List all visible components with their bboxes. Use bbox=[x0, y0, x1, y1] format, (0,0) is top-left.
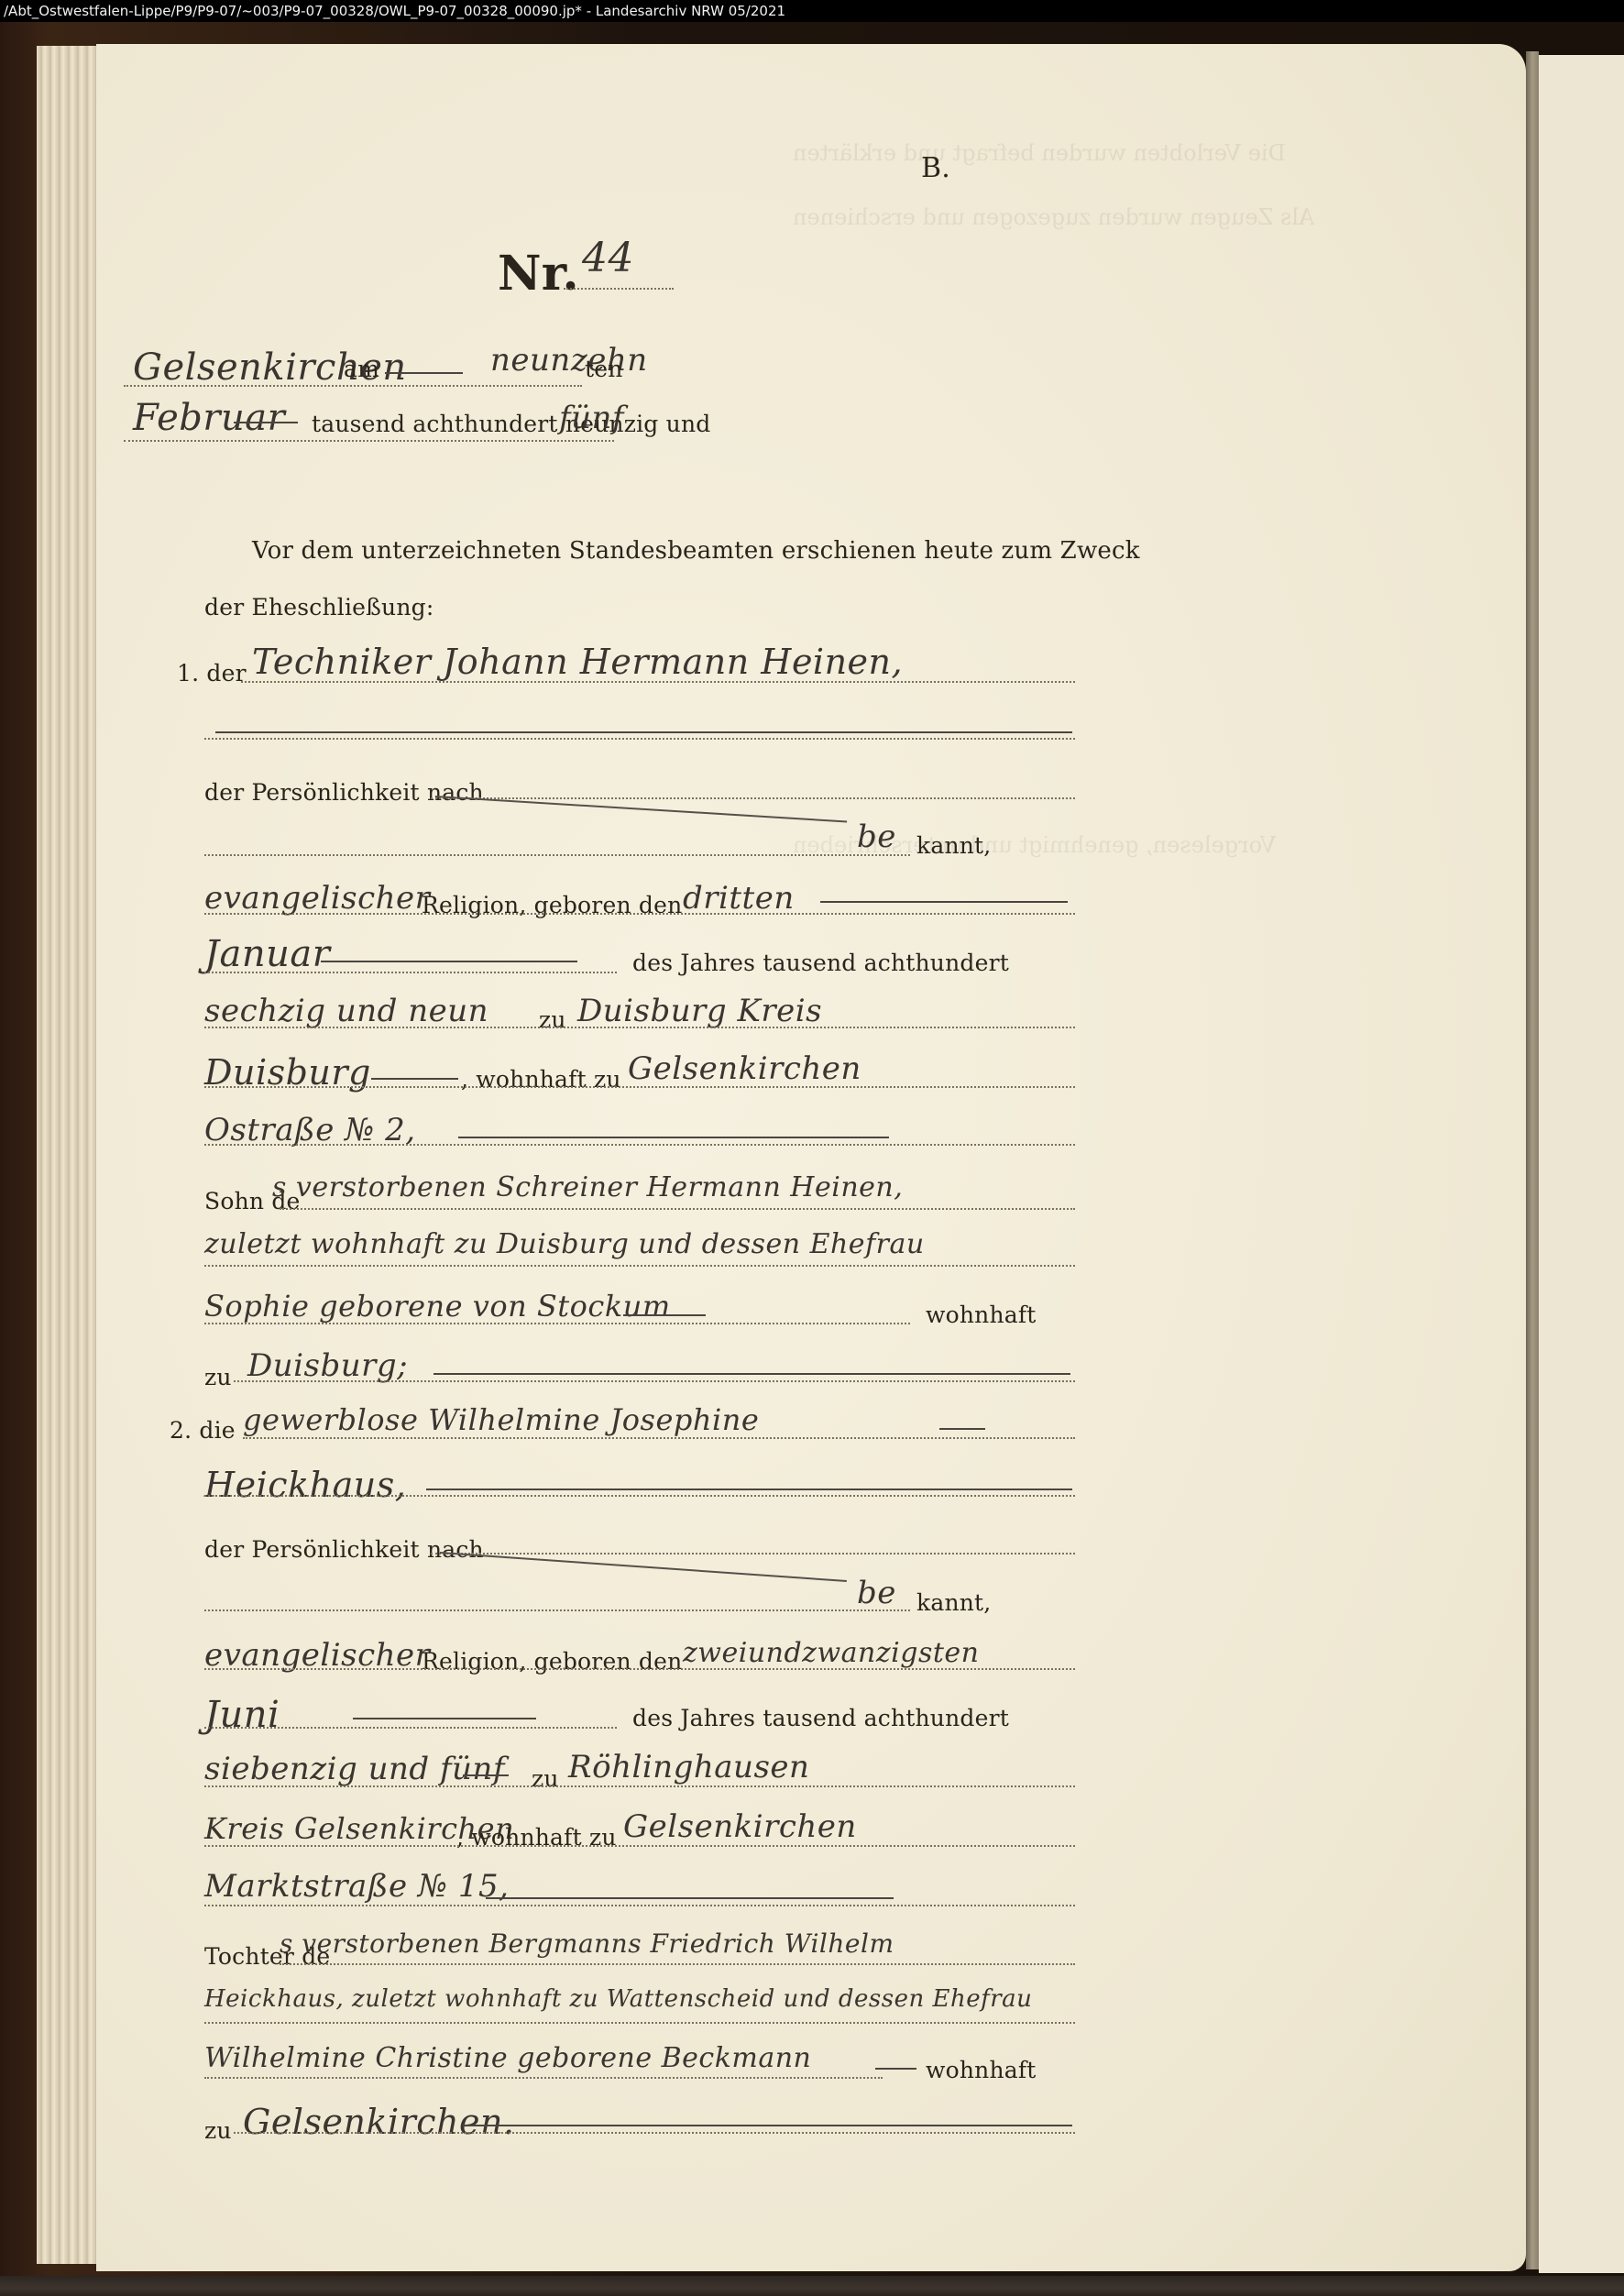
dotline bbox=[280, 1963, 1075, 1965]
filler-line bbox=[463, 1774, 509, 1776]
intro-line-2: der Eheschließung: bbox=[204, 594, 434, 621]
party2-birth-year: siebenzig und fünf bbox=[204, 1751, 505, 1787]
dotline bbox=[204, 1144, 1075, 1146]
party2-prefix: 2. die bbox=[170, 1417, 236, 1444]
party1-prefix: 1. der bbox=[177, 660, 247, 687]
party2-mother: Wilhelmine Christine geborene Beckmann bbox=[204, 2042, 811, 2074]
dotline bbox=[204, 738, 1075, 740]
dotline bbox=[204, 972, 617, 973]
filler-line bbox=[939, 1428, 985, 1430]
party1-name: Techniker Johann Hermann Heinen, bbox=[252, 642, 903, 682]
party2-father-residence: Heickhaus, zuletzt wohnhaft zu Wattensch… bbox=[204, 1985, 1032, 2013]
date-dotline bbox=[124, 385, 582, 387]
party2-name: gewerblose Wilhelmine Josephine bbox=[243, 1402, 759, 1437]
dotline bbox=[431, 1553, 1075, 1554]
window-title: /Abt_Ostwestfalen-Lippe/P9/P9-07/~003/P9… bbox=[4, 3, 785, 19]
dotline bbox=[204, 1323, 910, 1324]
book-cover-bottom bbox=[0, 2276, 1624, 2296]
party1-zu-label: zu bbox=[539, 1006, 566, 1033]
party2-address: Marktstraße № 15, bbox=[204, 1868, 509, 1905]
party1-father-residence: zuletzt wohnhaft zu Duisburg und dessen … bbox=[204, 1228, 925, 1260]
filler-line bbox=[458, 1137, 889, 1138]
window-title-bar: /Abt_Ostwestfalen-Lippe/P9/P9-07/~003/P9… bbox=[0, 0, 1624, 22]
year-dotline bbox=[124, 440, 614, 442]
dotline bbox=[204, 1905, 1075, 1906]
page-letter: B. bbox=[921, 152, 950, 184]
dotline bbox=[204, 1495, 1075, 1497]
filler-line bbox=[486, 1897, 894, 1899]
party1-identity-suffix: kannt, bbox=[916, 832, 991, 859]
record-number-value: 44 bbox=[582, 235, 634, 281]
party2-birth-month: Juni bbox=[204, 1694, 280, 1736]
dotline bbox=[204, 1727, 617, 1729]
bleed-through-text: Die Verlobten wurden befragt und erklärt… bbox=[793, 140, 1286, 166]
dotline bbox=[280, 1208, 1075, 1210]
dotline bbox=[204, 1668, 1075, 1670]
dotline bbox=[204, 854, 910, 856]
dotline bbox=[234, 1380, 1075, 1382]
party2-father: s verstorbenen Bergmanns Friedrich Wilhe… bbox=[280, 1928, 894, 1959]
party1-mother-residence-label: wohnhaft bbox=[926, 1302, 1037, 1328]
filler-line bbox=[875, 2068, 916, 2070]
party1-mother-zu-label: zu bbox=[204, 1364, 232, 1390]
bleed-through-text: Als Zeugen wurden zugezogen und erschien… bbox=[793, 204, 1314, 230]
party2-mother-residence-label: wohnhaft bbox=[926, 2057, 1037, 2083]
dotline bbox=[234, 2132, 1075, 2134]
party1-identity-value: be bbox=[857, 818, 896, 855]
am-label: am bbox=[344, 356, 379, 382]
page-edges bbox=[37, 46, 98, 2264]
party2-year-label: des Jahres tausend achthundert bbox=[632, 1705, 1009, 1731]
filler-line bbox=[215, 731, 1072, 733]
dotline bbox=[241, 681, 1075, 683]
dotline bbox=[204, 2077, 883, 2079]
number-dotline bbox=[564, 288, 674, 290]
party2-mother-zu-label: zu bbox=[204, 2117, 232, 2144]
filler-line bbox=[463, 2125, 1072, 2126]
facing-page bbox=[1539, 55, 1624, 2273]
party1-address: Ostraße № 2, bbox=[204, 1112, 416, 1148]
party2-mother-residence: Gelsenkirchen. bbox=[243, 2102, 515, 2142]
filler-line bbox=[234, 422, 298, 423]
day-suffix: ten bbox=[585, 356, 623, 382]
party2-birth-place: Röhlinghausen bbox=[568, 1749, 809, 1785]
filler-line bbox=[426, 1489, 1072, 1490]
dotline bbox=[204, 1785, 1075, 1787]
party1-mother-residence: Duisburg; bbox=[247, 1347, 408, 1384]
party1-father: s verstorbenen Schreiner Hermann Heinen, bbox=[272, 1171, 903, 1203]
party1-birth-day: dritten bbox=[683, 880, 795, 917]
book-gutter bbox=[1526, 51, 1539, 2269]
party1-birth-year: sechzig und neun bbox=[204, 993, 488, 1029]
party2-birth-day: zweiundzwanzigsten bbox=[683, 1637, 980, 1669]
party2-name-2: Heickhaus, bbox=[204, 1465, 406, 1505]
year-prefix: tausend achthundert neunzig und bbox=[312, 411, 710, 437]
intro-line-1: Vor dem unterzeichneten Standesbeamten e… bbox=[252, 537, 1140, 565]
filler-line bbox=[321, 961, 577, 962]
cancel-stroke bbox=[435, 796, 847, 822]
filler-line bbox=[371, 1078, 458, 1080]
record-month: Februar bbox=[133, 397, 285, 439]
filler-line bbox=[385, 372, 463, 374]
dotline bbox=[204, 1027, 1075, 1028]
dotline bbox=[243, 1437, 1075, 1439]
party1-birth-place: Duisburg Kreis bbox=[577, 993, 822, 1029]
party1-religion: evangelischer bbox=[204, 880, 430, 917]
dotline bbox=[431, 797, 1075, 799]
dotline bbox=[204, 1265, 1075, 1267]
party1-residence: Gelsenkirchen bbox=[628, 1050, 861, 1087]
cancel-stroke bbox=[440, 1552, 847, 1582]
dotline bbox=[204, 1845, 1075, 1847]
record-year-suffix: fünf bbox=[559, 400, 624, 436]
party2-identity-label: der Persönlichkeit nach bbox=[204, 1536, 484, 1563]
party2-identity-value: be bbox=[857, 1575, 896, 1611]
dotline bbox=[204, 2022, 1075, 2024]
party1-birth-month: Januar bbox=[204, 933, 330, 975]
filler-line bbox=[433, 1373, 1070, 1375]
party1-mother: Sophie geborene von Stockum bbox=[204, 1289, 671, 1324]
filler-line bbox=[353, 1718, 536, 1719]
party2-zu-label: zu bbox=[532, 1765, 559, 1792]
filler-line bbox=[820, 901, 1068, 903]
party1-identity-label: der Persönlichkeit nach bbox=[204, 779, 484, 806]
party1-year-label: des Jahres tausend achthundert bbox=[632, 950, 1009, 976]
party1-residence-label: , wohnhaft zu bbox=[461, 1066, 621, 1093]
dotline bbox=[204, 1609, 910, 1611]
dotline bbox=[204, 1086, 1075, 1088]
filler-line bbox=[623, 1314, 706, 1316]
dotline bbox=[204, 913, 1075, 915]
party2-residence: Gelsenkirchen bbox=[623, 1808, 857, 1845]
register-page: Die Verlobten wurden befragt und erklärt… bbox=[96, 44, 1526, 2271]
party2-identity-suffix: kannt, bbox=[916, 1589, 991, 1616]
party2-religion-label: Religion, geboren den bbox=[422, 1648, 682, 1675]
record-number-label: Nr. bbox=[498, 246, 579, 302]
record-day: neunzehn bbox=[490, 342, 648, 379]
